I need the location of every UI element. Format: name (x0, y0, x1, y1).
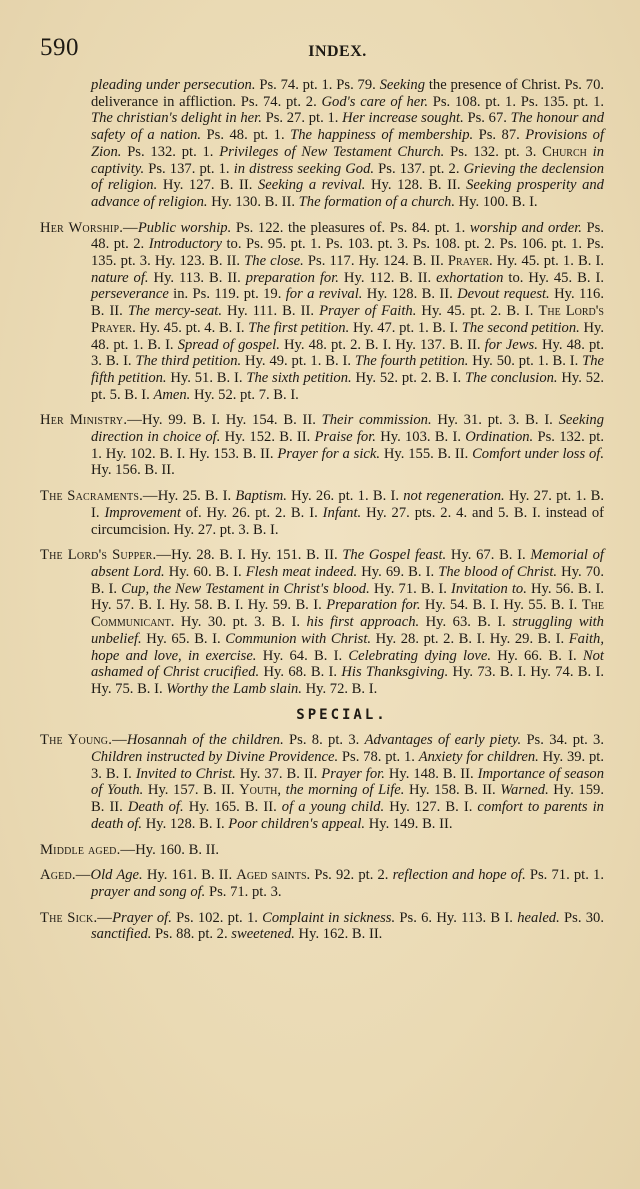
reference-text: Hy. 152. B. II. (220, 429, 314, 445)
reference-text: Hy. 100. B. I. (455, 194, 538, 210)
topic-text: Old Age. (91, 867, 143, 883)
index-entry-the-sick: The Sick.—Prayer of. Ps. 102. pt. 1. Com… (40, 910, 604, 943)
entry-heading: The Sick.— (40, 910, 112, 926)
topic-text: Invited to Christ. (136, 766, 236, 782)
topic-text: Spread of gospel. (178, 337, 280, 353)
topic-text: The christian's delight in her. (91, 110, 262, 126)
topic-text: The mercy-seat. (128, 303, 222, 319)
reference-text: Hy. 49. pt. 1. B. I. (241, 353, 355, 369)
topic-text: The sixth petition. (246, 370, 351, 386)
topic-text: nature of. (91, 270, 149, 286)
reference-text: Hy. 156. B. II. (91, 462, 175, 478)
topic-text: wor­ship and order. (470, 220, 582, 236)
index-entry-church-continued: pleading under persecution. Ps. 74. pt. … (40, 77, 604, 211)
reference-text: Hy. 30. pt. 3. B. I. (174, 614, 306, 630)
topic-text: Improvement (104, 505, 180, 521)
reference-text: Hy. 31. pt. 3. B. I. (432, 412, 559, 428)
topic-text: Celebrating dying love. (348, 648, 491, 664)
topic-text: exhortation (436, 270, 503, 286)
reference-text: Hy. 128. B. II. (365, 177, 466, 193)
topic-text: The first petition. (248, 320, 349, 336)
topic-text: Preparation for. (326, 597, 420, 613)
reference-text: Ps. 48. pt. 1. (201, 127, 290, 143)
reference-text: Hy. 157. B. II. (143, 782, 239, 798)
topic-text: Worthy the Lamb slain. (166, 681, 302, 697)
reference-text: Ps. 137. pt. 2. (374, 161, 464, 177)
topic-text: for a revival. (286, 286, 363, 302)
reference-text: Hy. 60. B. I. (165, 564, 246, 580)
reference-text: Hy. 51. B. I. (167, 370, 247, 386)
topic-text: Her increase sought. (342, 110, 464, 126)
topic-text: Amen. (153, 387, 190, 403)
reference-text: Hy. 128. B. I. (142, 816, 228, 832)
reference-text: Ps. 78. pt. 1. (338, 749, 419, 765)
entry-heading: Middle aged.— (40, 842, 135, 858)
reference-text: Ps. 102. pt. 1. (172, 910, 262, 926)
reference-text: Hy. 45. pt. 2. B. I. (416, 303, 538, 319)
topic-text: Flesh meat indeed. (246, 564, 357, 580)
reference-text: in. Ps. 119. pt. 19. (169, 286, 286, 302)
entry-heading: The Lord's Supper.— (40, 547, 171, 563)
reference-text: Hy. 66. B. I. (491, 648, 583, 664)
topic-text: preparation for. (246, 270, 339, 286)
topic-text: healed. (517, 910, 560, 926)
reference-text: to. Hy. 45. B. I. (503, 270, 604, 286)
topic-text: prayer and song of. (91, 884, 205, 900)
index-entry-the-lords-supper: The Lord's Supper.—Hy. 28. B. I. Hy. 151… (40, 547, 604, 697)
reference-text: Hy. 72. B. I. (302, 681, 377, 697)
reference-text: Ps. 67. (464, 110, 511, 126)
reference-text: Hy. 113. B. II. (149, 270, 246, 286)
reference-text: Hy. 26. pt. 1. B. I. (287, 488, 403, 504)
reference-text: Hy. 99. B. I. Hy. 154. B. II. (142, 412, 322, 428)
topic-text: Privileges of New Testament Church. (219, 144, 444, 160)
reference-text: Hy. 148. B. II. (385, 766, 478, 782)
topic-text: His Thanksgiving. (341, 664, 448, 680)
index-entry-middle-aged: Middle aged.—Hy. 160. B. II. (40, 842, 604, 859)
reference-text: of. Hy. 26. pt. 2. B. I. (181, 505, 323, 521)
reference-text: Hy. 25. B. I. (158, 488, 236, 504)
topic-text: Devout request. (457, 286, 550, 302)
running-head: 590 INDEX. (40, 34, 605, 64)
index-entry-the-sacraments: The Sacraments.—Hy. 25. B. I. Baptism. H… (40, 488, 604, 538)
topic-text: perseverance (91, 286, 169, 302)
reference-text: Hy. 64. B. I. (256, 648, 348, 664)
topic-text: his first approach. (307, 614, 420, 630)
topic-text: Poor children's appeal. (228, 816, 365, 832)
reference-text: Ps. 137. pt. 1. (144, 161, 234, 177)
topic-text: The Gospel feast. (342, 547, 446, 563)
reference-text: Hy. 54. B. I. Hy. 55. B. I. (421, 597, 582, 613)
reference-text: Ps. 30. (560, 910, 604, 926)
reference-text: Ps. 132. pt. 1. (121, 144, 219, 160)
index-entry-her-ministry: Her Ministry.—Hy. 99. B. I. Hy. 154. B. … (40, 412, 604, 479)
reference-text: Ps. 132. pt. 3. (444, 144, 542, 160)
reference-text: Hy. 69. B. I. (357, 564, 438, 580)
topic-text: Prayer of. (112, 910, 172, 926)
topic-text: Their commission. (322, 412, 432, 428)
reference-text: Hy. 48. pt. 2. B. I. Hy. 137. B. II. (280, 337, 485, 353)
topic-text: Com­munion with Christ. (225, 631, 371, 647)
topic-text: Prayer of Faith. (319, 303, 416, 319)
reference-text: Ps. 92. pt. 2. (310, 867, 392, 883)
index-entry-the-young: The Young.—Hosannah of the children. Ps.… (40, 732, 604, 832)
topic-text: for Jews. (485, 337, 538, 353)
topic-text: Baptism. (235, 488, 286, 504)
index-entry-her-worship: Her Worship.—Public worship. Ps. 122. th… (40, 220, 604, 404)
index-body: pleading under persecution. Ps. 74. pt. … (40, 77, 604, 952)
reference-text: Hy. 28. pt. 2. B. I. Hy. 29. B. I. (371, 631, 569, 647)
reference-text: Hy. 45. pt. 1. B. I. (493, 253, 604, 269)
reference-text: Hy. 162. B. II. (295, 926, 382, 942)
topic-text: the morning of Life. (281, 782, 404, 798)
reference-text: Hy. 67. B. I. (446, 547, 530, 563)
topic-text: Ordination. (465, 429, 533, 445)
topic-text: Prayer for a sick. (277, 446, 380, 462)
entry-heading: The Sacraments.— (40, 488, 158, 504)
reference-text: Hy. 52. pt. 2. B. I. (352, 370, 465, 386)
entry-heading: Aged.— (40, 867, 91, 883)
topic-text: The blood of Christ. (438, 564, 557, 580)
topic-text: Warned. (500, 782, 549, 798)
topic-text: The close. (244, 253, 304, 269)
reference-text: Hy. 52. pt. 7. B. I. (190, 387, 299, 403)
reference-text: Ps. 8. pt. 3. (284, 732, 365, 748)
reference-text: Ps. 71. pt. 1. (526, 867, 604, 883)
subheading-text: Prayer. (448, 253, 493, 269)
topic-text: Invitation to. (451, 581, 527, 597)
reference-text: Ps. 87. (473, 127, 525, 143)
reference-text: Ps. 108. pt. 1. Ps. 135. pt. 1. (428, 94, 604, 110)
reference-text: Hy. 37. B. II. (236, 766, 321, 782)
reference-text: Ps. 88. pt. 2. (151, 926, 231, 942)
reference-text: Hy. 158. B. II. (404, 782, 500, 798)
reference-text: Hy. 47. pt. 1. B. I. (349, 320, 461, 336)
reference-text: Hy. 65. B. I. (142, 631, 226, 647)
reference-text: Hy. 50. pt. 1. B. I. (468, 353, 582, 369)
topic-text: Advantages of early piety. (365, 732, 522, 748)
topic-text: The second peti­tion. (462, 320, 580, 336)
entry-heading: The Young.— (40, 732, 127, 748)
topic-text: sweetened. (231, 926, 295, 942)
reference-text: Hy. 127. B. I. (384, 799, 477, 815)
reference-text: Hy. 130. B. II. (208, 194, 299, 210)
topic-text: Infant. (323, 505, 362, 521)
reference-text: Hy. 28. B. I. Hy. 151. B. II. (171, 547, 342, 563)
topic-text: Prayer for. (321, 766, 385, 782)
topic-text: The third petition. (135, 353, 241, 369)
topic-text: Seeking (380, 77, 425, 93)
topic-text: pleading under persecution. (91, 77, 256, 93)
topic-text: reflection and hope of. (393, 867, 526, 883)
reference-text: Ps. 71. pt. 3. (205, 884, 281, 900)
topic-text: in distress seeking God. (234, 161, 374, 177)
reference-text: Hy. 111. B. II. (222, 303, 319, 319)
reference-text: Hy. 128. B. II. (362, 286, 457, 302)
reference-text: Ps. 6. Hy. 113. B I. (395, 910, 517, 926)
subheading-text: Aged saints. (236, 867, 310, 883)
entry-heading: Her Ministry.— (40, 412, 142, 428)
topic-text: not regene­ration. (403, 488, 504, 504)
topic-text: Cup, the New Tes­tament in Christ's bloo… (121, 581, 370, 597)
reference-text: Hy. 112. B. II. (339, 270, 436, 286)
topic-text: Anxiety for children. (419, 749, 539, 765)
topic-text: sanctified. (91, 926, 151, 942)
entry-heading: Her Worship.— (40, 220, 138, 236)
topic-text: Praise for. (315, 429, 376, 445)
reference-text: Hy. 63. B. I. (419, 614, 512, 630)
topic-text: The con­clusion. (465, 370, 558, 386)
topic-text: God's care of her. (322, 94, 428, 110)
topic-text: Seeking a revival. (258, 177, 365, 193)
reference-text: Ps. 27. pt. 1. (262, 110, 342, 126)
book-page: 590 INDEX. pleading under persecution. P… (0, 0, 640, 1189)
reference-text: Ps. 74. pt. 1. Ps. 79. (256, 77, 380, 93)
topic-text: Public worship. (138, 220, 231, 236)
reference-text: Ps. 122. the pleasures of. Ps. 84. pt. 1… (231, 220, 470, 236)
reference-text: Hy. 160. B. II. (135, 842, 219, 858)
subheading-text: Youth, (239, 782, 281, 798)
reference-text: Hy. 68. B. I. (259, 664, 341, 680)
section-heading: SPECIAL. (40, 707, 604, 724)
reference-text: Hy. 155. B. II. (380, 446, 472, 462)
reference-text: Hy. 45. pt. 4. B. I. (136, 320, 248, 336)
topic-text: Introductory (149, 236, 222, 252)
subheading-text: Church (542, 144, 587, 160)
reference-text: Ps. 34. pt. 3. (521, 732, 604, 748)
index-entry-aged: Aged.—Old Age. Hy. 161. B. II. Aged sain… (40, 867, 604, 900)
topic-text: of a young child. (282, 799, 384, 815)
topic-text: Children instructed by Divine Providence… (91, 749, 338, 765)
topic-text: Comfort under loss of. (472, 446, 604, 462)
reference-text: Hy. 165. B. II. (184, 799, 282, 815)
reference-text: Hy. 71. B. I. (370, 581, 451, 597)
topic-text: Hosannah of the children. (127, 732, 284, 748)
reference-text: Hy. 103. B. I. (376, 429, 465, 445)
topic-text: The fourth petition. (355, 353, 469, 369)
topic-text: The happiness of membership. (290, 127, 473, 143)
reference-text: Hy. 161. B. II. (143, 867, 237, 883)
reference-text: Hy. 149. B. II. (365, 816, 452, 832)
topic-text: Complaint in sickness. (262, 910, 395, 926)
reference-text: Hy. 127. B. II. (157, 177, 258, 193)
reference-text: Ps. 117. Hy. 124. B. II. (304, 253, 448, 269)
topic-text: The formation of a church. (299, 194, 455, 210)
topic-text: Death of. (128, 799, 184, 815)
page-title: INDEX. (40, 43, 605, 61)
